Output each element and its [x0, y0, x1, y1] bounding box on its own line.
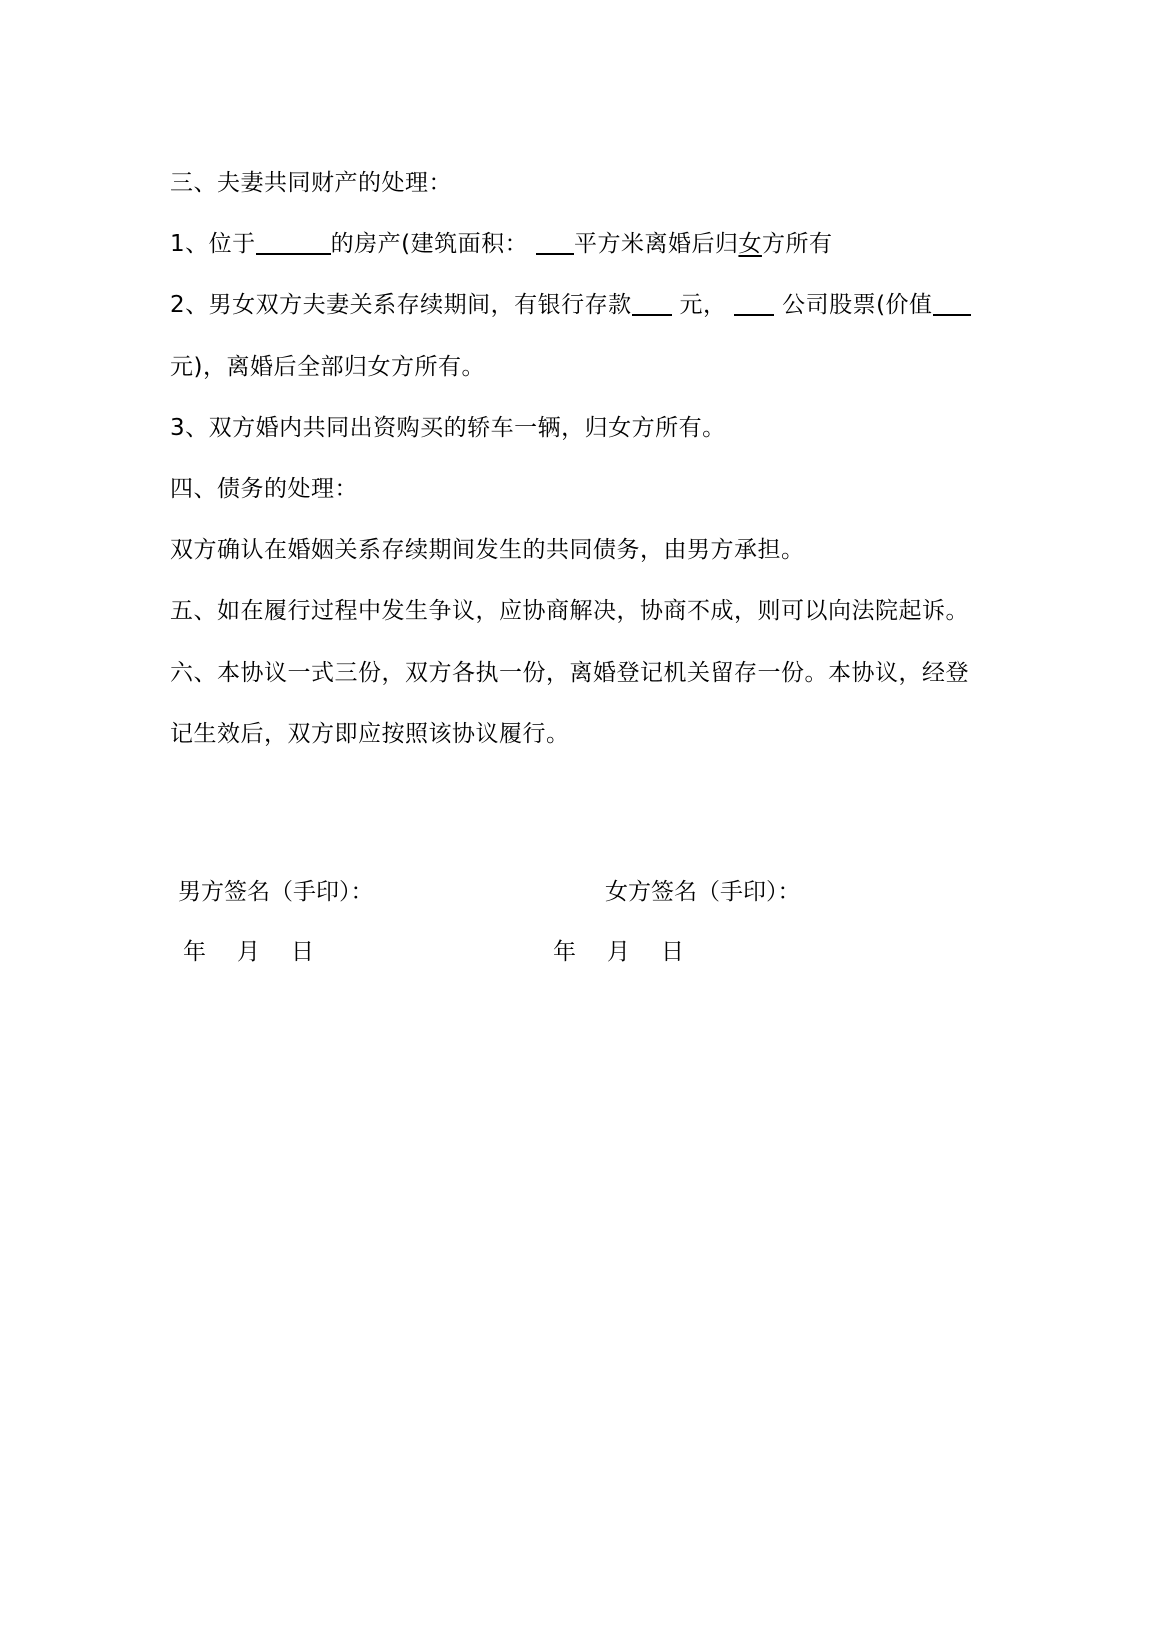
text-segment: 2、男女双方夫妻关系存续期间，有银行存款: [170, 292, 632, 318]
text-segment: 方所有: [762, 231, 833, 257]
text-segment: 记生效后，双方即应按照该协议履行。: [170, 721, 570, 747]
text-segment: 平方米离婚后归: [574, 231, 739, 257]
text-segment: 1、位于: [170, 231, 256, 257]
document-page: 三、夫妻共同财产的处理：1、位于的房产(建筑面积： 平方米离婚后归女方所有2、男…: [0, 0, 1167, 1651]
text-line: 三、夫妻共同财产的处理：: [170, 153, 1100, 214]
signature-row: 男方签名（手印）： 女方签名（手印）：: [170, 873, 1110, 905]
text-segment: 公司股票(价值: [774, 292, 932, 318]
text-line: 1、位于的房产(建筑面积： 平方米离婚后归女方所有: [170, 214, 1100, 275]
text-line: 3、双方婚内共同出资购买的轿车一辆，归女方所有。: [170, 398, 1100, 459]
text-segment: 的房产(建筑面积：: [331, 231, 536, 257]
text-line: 2、男女双方夫妻关系存续期间，有银行存款 元， 公司股票(价值: [170, 275, 1100, 336]
blank-fill-in-field: [536, 229, 574, 255]
text-line: 五、如在履行过程中发生争议，应协商解决，协商不成，则可以向法院起诉。: [170, 581, 1100, 642]
male-date-label: 年 月 日: [183, 933, 318, 966]
date-row: 年 月 日 年 月 日: [170, 933, 1110, 961]
text-segment: 五、如在履行过程中发生争议，应协商解决，协商不成，则可以向法院起诉。: [170, 598, 969, 624]
text-segment: 3、双方婚内共同出资购买的轿车一辆，归女方所有。: [170, 415, 726, 441]
document-body: 三、夫妻共同财产的处理：1、位于的房产(建筑面积： 平方米离婚后归女方所有2、男…: [170, 153, 1100, 765]
text-line: 六、本协议一式三份，双方各执一份，离婚登记机关留存一份。本协议，经登: [170, 643, 1100, 704]
female-date-label: 年 月 日: [553, 933, 688, 966]
blank-fill-in-field: [933, 290, 971, 316]
male-signature-label: 男方签名（手印）：: [178, 873, 374, 906]
text-segment: 四、债务的处理：: [170, 476, 358, 502]
text-line: 四、债务的处理：: [170, 459, 1100, 520]
blank-fill-in-field: [256, 229, 331, 255]
text-segment: 双方确认在婚姻关系存续期间发生的共同债务，由男方承担。: [170, 537, 805, 563]
text-segment: 三、夫妻共同财产的处理：: [170, 170, 452, 196]
text-line: 双方确认在婚姻关系存续期间发生的共同债务，由男方承担。: [170, 520, 1100, 581]
blank-fill-in-field: [632, 290, 672, 316]
blank-fill-in-field: [734, 290, 774, 316]
text-segment: 元，: [672, 292, 735, 318]
text-segment: 女: [738, 231, 762, 257]
text-segment: 六、本协议一式三份，双方各执一份，离婚登记机关留存一份。本协议，经登: [170, 660, 969, 686]
text-segment: 元)，离婚后全部归女方所有。: [170, 354, 485, 380]
female-signature-label: 女方签名（手印）：: [605, 873, 801, 906]
text-line: 记生效后，双方即应按照该协议履行。: [170, 704, 1100, 765]
text-line: 元)，离婚后全部归女方所有。: [170, 337, 1100, 398]
